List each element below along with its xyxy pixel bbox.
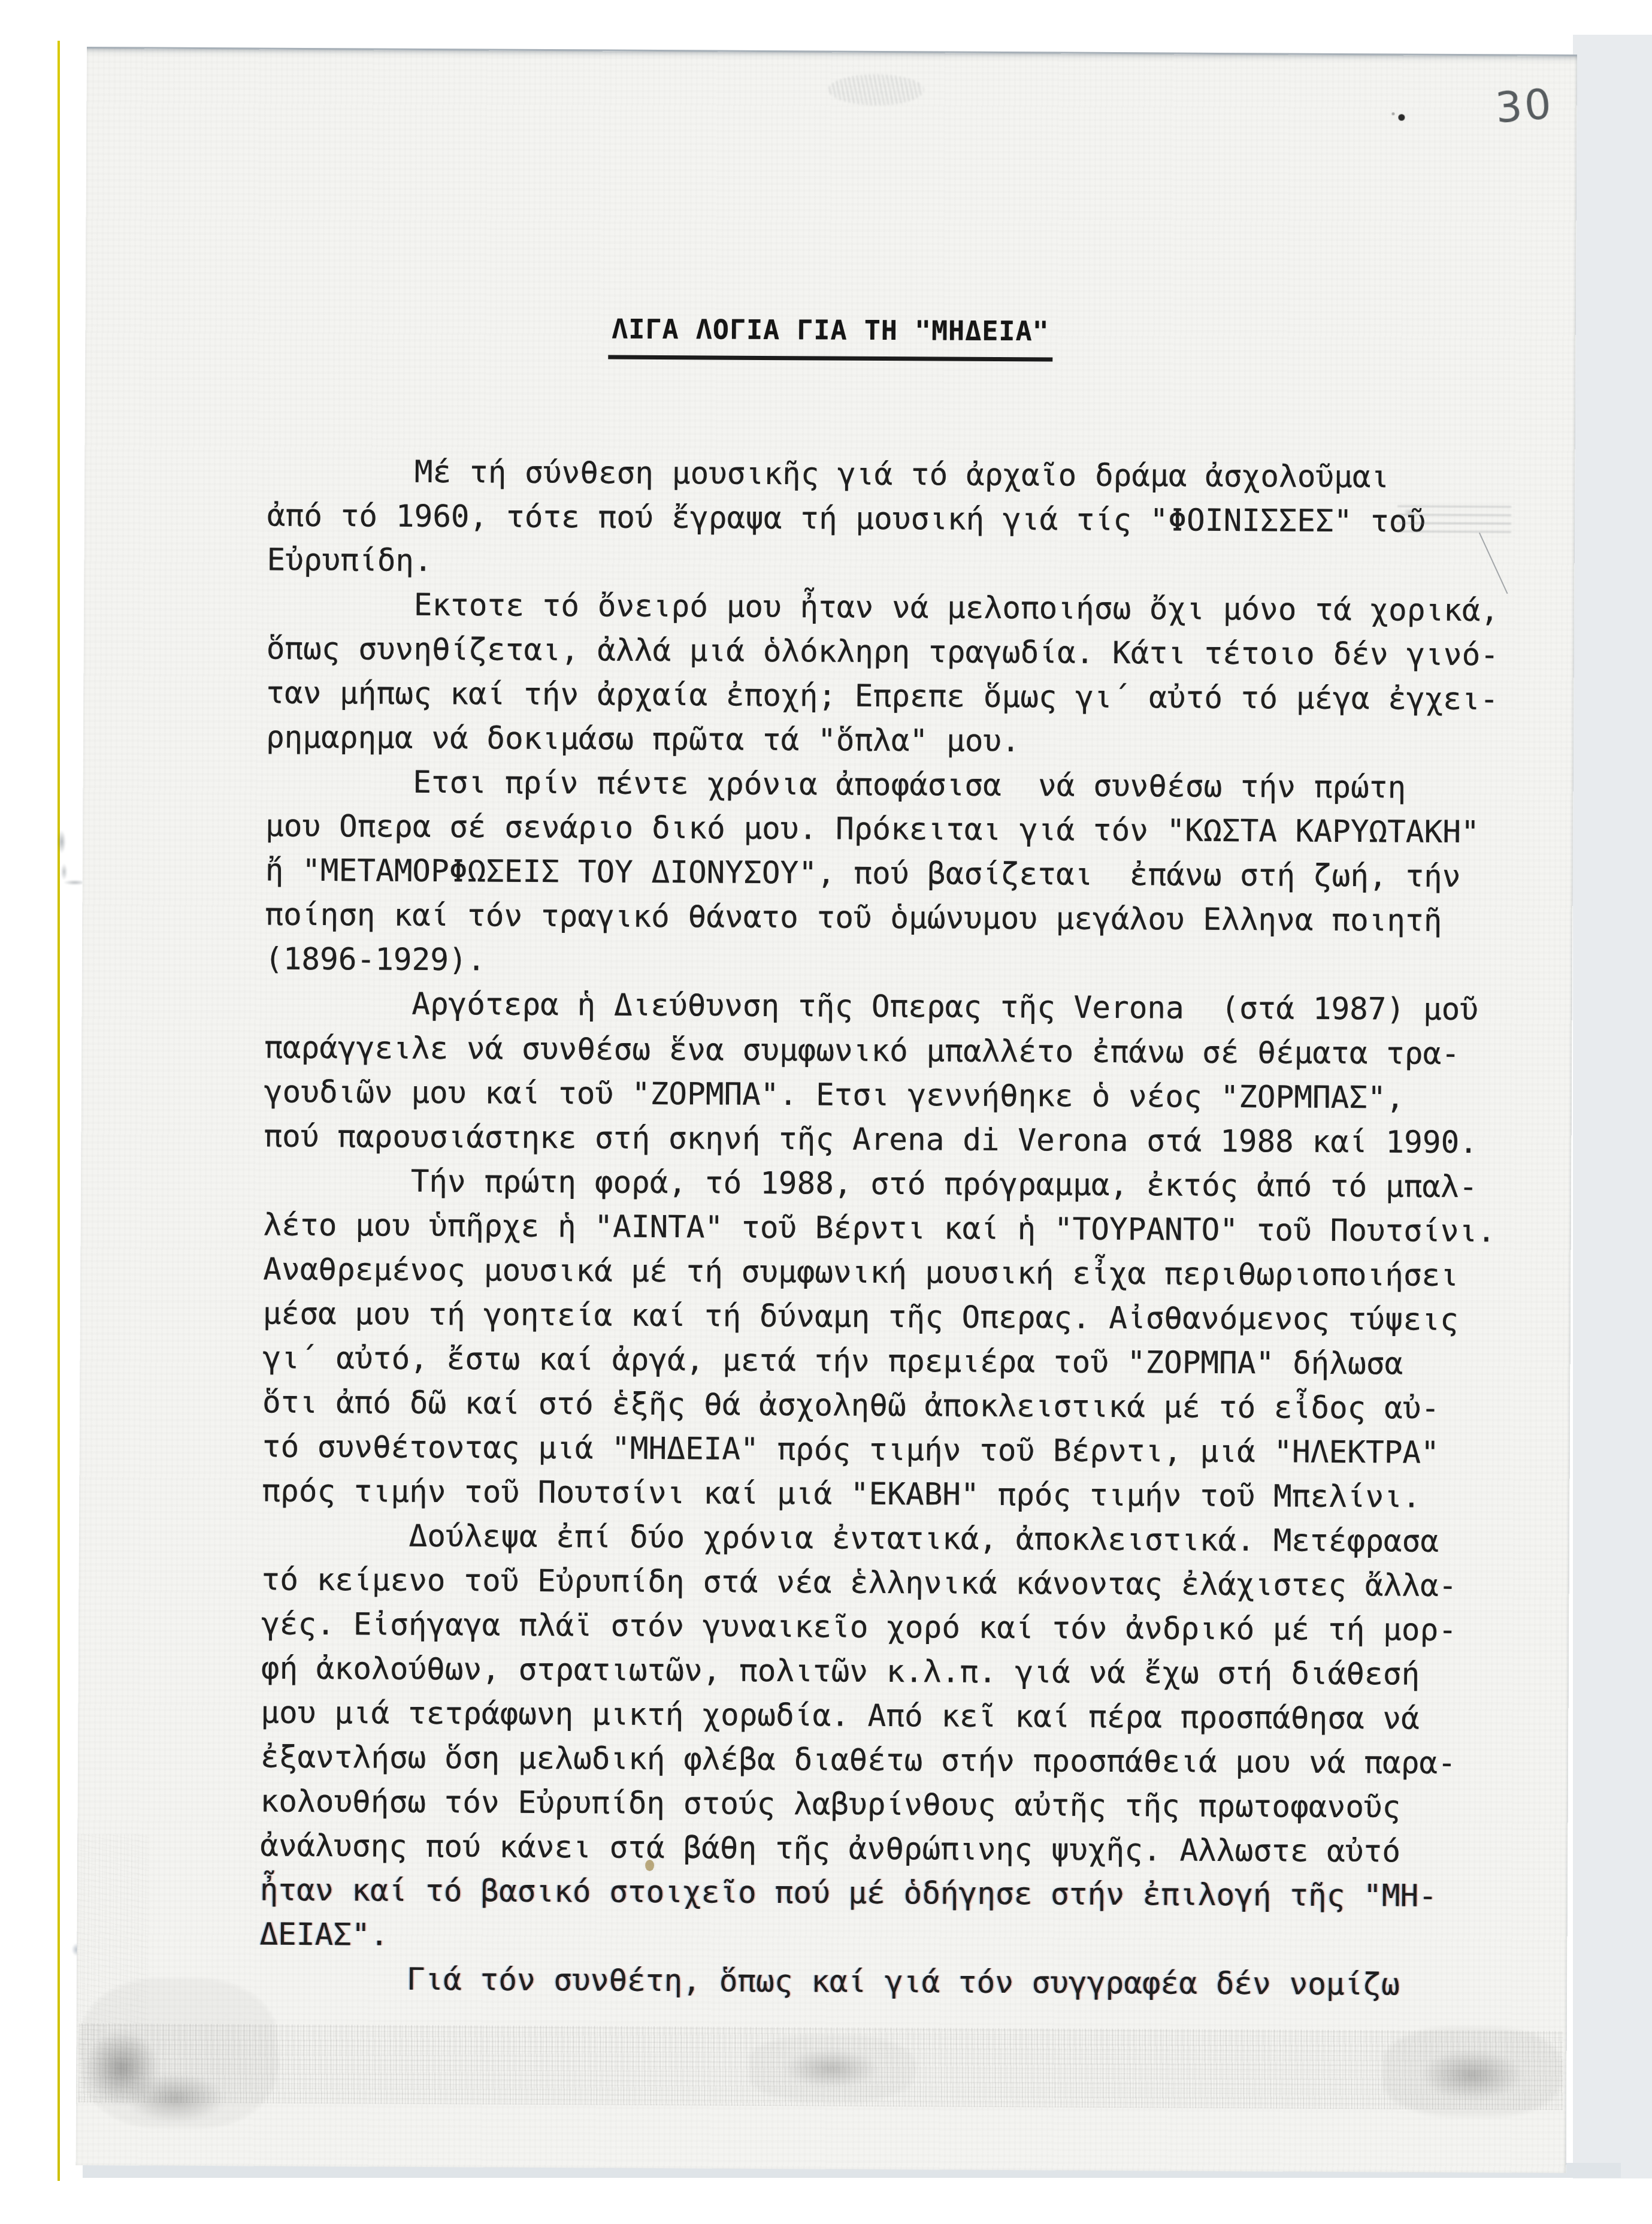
text-line: Γιά τόν συνθέτη, ὅπως καί γιά τόν συγγρα… — [259, 1957, 1492, 2008]
text-line: γές. Εἰσήγαγα πλάϊ στόν γυναικεῖο χορό κ… — [261, 1603, 1494, 1654]
text-line: λέτο μου ὑπῆρχε ἡ "ΑΙΝΤΑ" τοῦ Βέρντι καί… — [264, 1204, 1496, 1255]
toner-blotch-middle — [747, 2035, 915, 2102]
text-line: μου μιά τετράφωνη μικτή χορωδία. Από κεῖ… — [261, 1691, 1493, 1742]
text-line: μέσα μου τή γοητεία καί τή δύναμη τῆς Οπ… — [263, 1292, 1496, 1343]
text-line: ὅπως συνηθίζεται, ἀλλά μιά ὁλόκληρη τραγ… — [267, 627, 1499, 678]
text-line: ταν μήπως καί τήν ἀρχαία ἐποχή; Επρεπε ὅ… — [266, 672, 1499, 723]
text-line: Μέ τή σύνθεση μουσικῆς γιά τό ἀρχαῖο δρά… — [267, 450, 1500, 501]
text-line: μου Οπερα σέ σενάριο δικό μου. Πρόκειται… — [265, 805, 1498, 856]
text-line: ἀπό τό 1960, τότε πού ἔγραψα τή μουσική … — [267, 494, 1500, 545]
paper-sheet: 30 ΛΙΓΑ ΛΟΓΙΑ ΓΙΑ ΤΗ "ΜΗΔΕΙΑ" Μέ τή σύνθ… — [75, 47, 1577, 2173]
text-line: ἐξαντλήσω ὅση μελωδική φλέβα διαθέτω στή… — [261, 1736, 1493, 1787]
text-line: ὅτι ἀπό δῶ καί στό ἑξῆς θά ἀσχοληθῶ ἀποκ… — [262, 1381, 1495, 1432]
text-line: ΔΕΙΑΣ". — [259, 1913, 1492, 1964]
title-block: ΛΙΓΑ ΛΟΓΙΑ ΓΙΑ ΤΗ "ΜΗΔΕΙΑ" — [85, 311, 1575, 364]
text-line: (1896-1929). — [265, 938, 1497, 989]
page-title: ΛΙΓΑ ΛΟΓΙΑ ΓΙΑ ΤΗ "ΜΗΔΕΙΑ" — [608, 314, 1053, 362]
toner-blotch-right — [1382, 2026, 1562, 2117]
text-line: γουδιῶν μου καί τοῦ "ΖΟΡΜΠΑ". Ετσι γεννή… — [264, 1071, 1497, 1122]
faded-erased-word — [1397, 503, 1511, 533]
toner-streaks-left-margin — [76, 1834, 149, 2104]
text-line: Αργότερα ἡ Διεύθυνση τῆς Οπερας τῆς Vero… — [264, 982, 1497, 1033]
scanner-background-right — [1573, 35, 1652, 2178]
text-line: ἦταν καί τό βασικό στοιχεῖο πού μέ ὁδήγη… — [260, 1869, 1493, 1920]
page-number: 30 — [1493, 79, 1555, 133]
text-line: Αναθρεμένος μουσικά μέ τή συμφωνική μουσ… — [263, 1248, 1496, 1299]
pencil-smudge — [828, 74, 924, 105]
scan-artifact-yellow-line — [58, 41, 60, 2181]
ink-speck — [1398, 114, 1405, 120]
text-line: φή ἀκολούθων, στρατιωτῶν, πολιτῶν κ.λ.π.… — [261, 1647, 1494, 1698]
scanned-document-page: 30 ΛΙΓΑ ΛΟΓΙΑ ΓΙΑ ΤΗ "ΜΗΔΕΙΑ" Μέ τή σύνθ… — [0, 0, 1652, 2224]
text-line: γι΄ αὐτό, ἔστω καί ἀργά, μετά τήν πρεμιέ… — [262, 1337, 1495, 1388]
text-line: πού παρουσιάστηκε στή σκηνή τῆς Arena di… — [264, 1115, 1496, 1166]
typescript-text: Μέ τή σύνθεση μουσικῆς γιά τό ἀρχαῖο δρά… — [259, 450, 1500, 2008]
text-line: ἤ "ΜΕΤΑΜΟΡΦΩΣΕΙΣ ΤΟΥ ΔΙΟΝΥΣΟΥ", πού βασί… — [265, 849, 1498, 900]
text-line: ρημαρημα νά δοκιμάσω πρῶτα τά "ὅπλα" μου… — [266, 716, 1499, 767]
text-line: τό συνθέτοντας μιά "ΜΗΔΕΙΑ" πρός τιμήν τ… — [262, 1425, 1495, 1476]
text-line: κολουθήσω τόν Εὐρυπίδη στούς λαβυρίνθους… — [260, 1780, 1493, 1831]
text-line: Εὐρυπίδη. — [267, 539, 1499, 590]
text-line: παράγγειλε νά συνθέσω ἕνα συμφωνικό μπαλ… — [264, 1026, 1497, 1077]
text-line: Δούλεψα ἐπί δύο χρόνια ἐντατικά, ἀποκλει… — [262, 1514, 1494, 1565]
text-line: τό κείμενο τοῦ Εὐρυπίδη στά νέα ἑλληνικά… — [261, 1558, 1494, 1609]
text-line: ἀνάλυσης πού κάνει στά βάθη τῆς ἀνθρώπιν… — [260, 1824, 1493, 1875]
paper-fleck — [645, 1860, 654, 1871]
text-line: Ετσι πρίν πέντε χρόνια ἀποφάσισα νά συνθ… — [265, 760, 1498, 811]
text-line: πρός τιμήν τοῦ Πουτσίνι καί μιά "ΕΚΑΒΗ" … — [262, 1470, 1494, 1521]
text-line: Τήν πρώτη φορά, τό 1988, στό πρόγραμμα, … — [264, 1159, 1496, 1210]
text-line: ποίηση καί τόν τραγικό θάνατο τοῦ ὁμώνυμ… — [265, 893, 1497, 944]
text-line: Εκτοτε τό ὄνειρό μου ἦταν νά μελοποιήσω … — [267, 583, 1499, 634]
